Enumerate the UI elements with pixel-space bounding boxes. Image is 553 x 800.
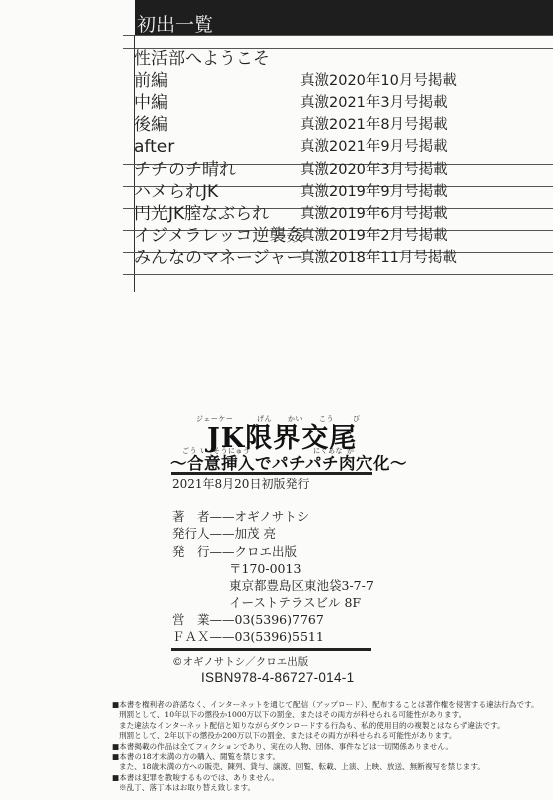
legal-line: 刑罰として、2年以下の懲役か200万以下の罰金、またはその両方が科せられる可能性… [112,731,552,741]
credit-label: ＦＡＸ—— [172,629,235,644]
list-item: 円光JK膣なぶられ 真激2019年6月号掲載 [134,204,544,225]
divider [123,35,553,36]
legal-line: ■本書は犯罪を教唆するものでは、ありません。 [112,773,552,783]
story-title: 前編 [134,71,168,92]
legal-line: ■本書の18才未満の方の購入、閲覧を禁じます。 [112,752,552,762]
credit-publisher-person: 発行人——加茂 亮 [172,525,276,542]
list-item: チチのチ晴れ 真激2020年3月号掲載 [134,160,544,181]
book-subtitle: 〜合意挿入でパチパチ肉穴化〜 [170,454,407,474]
legal-notice: ■本書を権利者の許諾なく、インターネットを通じて配信（アップロード）、配布するこ… [112,700,552,794]
list-item: イジメラレッコ逆襲姦 真激2019年2月号掲載 [134,226,544,247]
publication-info: 真激2021年3月号掲載 [300,93,448,114]
legal-line: 刑罰として、10年以下の懲役か1000万以下の罰金、またはその両方が科せられる可… [112,710,552,720]
publication-info: 真激2020年3月号掲載 [300,160,448,181]
story-title: ハメられJK [134,182,218,203]
credit-value: 03(5396)5511 [235,629,324,644]
story-title: チチのチ晴れ [134,160,236,181]
credit-value: 加茂 亮 [235,526,276,541]
credit-label: 発行人—— [172,526,235,541]
building: イーストテラスビル 8F [229,594,361,611]
legal-line: また違法なインターネット配信と知りながらダウンロードする行為も、私的使用目的の複… [112,721,552,731]
isbn: ISBN978-4-86727-014-1 [201,670,354,685]
list-item: みんなのマネージャー 真激2018年11月号掲載 [134,248,544,269]
publication-info: 真激2020年10月号掲載 [300,71,457,92]
credit-author: 著 者——オギノサトシ [172,508,309,525]
list-item: 後編 真激2021年8月号掲載 [134,115,544,136]
story-title: 円光JK膣なぶられ [134,204,269,225]
credit-label: 発 行—— [172,544,235,559]
list-heading: 初出一覧 [137,14,213,36]
story-title: みんなのマネージャー [134,248,303,269]
divider [123,274,553,275]
story-title: イジメラレッコ逆襲姦 [134,226,303,247]
story-title: 中編 [134,93,168,114]
story-title: 後編 [134,115,168,136]
divider [171,648,371,651]
legal-line: ■本書掲載の作品は全てフィクションであり、実在の人物、団体、事件などは一切関係あ… [112,742,552,752]
credit-label: 営 業—— [172,612,235,627]
postal-code: 〒170-0013 [229,560,301,577]
credit-publisher: 発 行——クロエ出版 [172,543,297,560]
legal-line: ※乱丁、落丁本はお取り替え致します。 [112,783,552,793]
legal-line: また、18歳未満の方への販売、陳列、貸与、譲渡、回覧、転載、上演、上映、放送、無… [112,762,552,772]
list-item: 性活部へようこそ [134,49,544,70]
list-item: ハメられJK 真激2019年9月号掲載 [134,182,544,203]
publication-info: 真激2018年11月号掲載 [300,248,457,269]
list-item: 中編 真激2021年3月号掲載 [134,93,544,114]
story-title: 性活部へようこそ [134,49,270,70]
legal-line: ■本書を権利者の許諾なく、インターネットを通じて配信（アップロード）、配布するこ… [112,700,552,710]
address: 東京都豊島区東池袋3-7-7 [229,577,374,594]
copyright: ©オギノサトシ／クロエ出版 [172,654,308,669]
publication-info: 真激2021年8月号掲載 [300,115,448,136]
credit-value: クロエ出版 [235,544,298,559]
publication-info: 真激2019年6月号掲載 [300,204,448,225]
publication-date: 2021年8月20日初版発行 [172,475,309,492]
credit-value: 03(5396)7767 [235,612,324,627]
publication-info: 真激2019年9月号掲載 [300,182,448,203]
credit-fax: ＦＡＸ——03(5396)5511 [172,628,324,645]
credit-sales-phone: 営 業——03(5396)7767 [172,611,324,628]
credit-label: 著 者—— [172,509,235,524]
publication-info: 真激2019年2月号掲載 [300,226,448,247]
list-item: 前編 真激2020年10月号掲載 [134,71,544,92]
credit-value: オギノサトシ [235,509,310,524]
